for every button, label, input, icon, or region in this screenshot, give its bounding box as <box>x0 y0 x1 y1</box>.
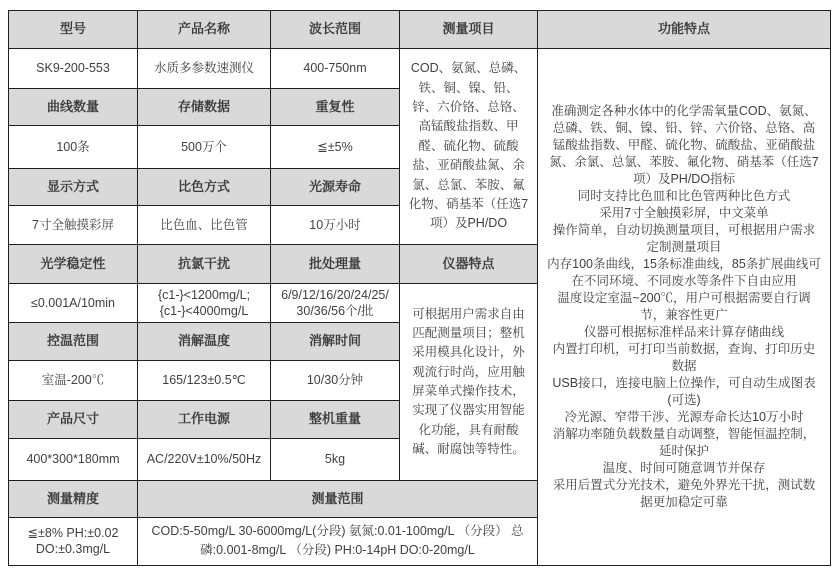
dimensions-value: 400*300*180mm <box>9 439 138 481</box>
table-row: SK9-200-553 水质多参数速测仪 400-750nm COD、氨氮、总磷… <box>9 49 831 89</box>
colorimetric-mode-value: 比色血、比色管 <box>138 206 271 245</box>
chlorine-interference-value: {c1-}<1200mg/L; {c1-}<4000mg/L <box>138 284 271 323</box>
storage-label: 存储数据 <box>138 89 271 126</box>
power-supply-value: AC/220V±10%/50Hz <box>138 439 271 481</box>
digestion-temp-label: 消解温度 <box>138 323 271 361</box>
chlorine-interference-label: 抗氯干扰 <box>138 245 271 284</box>
accuracy-value: ≦±8% PH:±0.02 DO:±0.3mg/L <box>9 518 138 566</box>
digestion-time-value: 10/30分钟 <box>271 361 400 401</box>
repeatability-value: ≦±5% <box>271 126 400 169</box>
feature-line: 温度、时间可随意调节并保存 <box>547 460 821 477</box>
weight-label: 整机重量 <box>271 401 400 439</box>
weight-value: 5kg <box>271 439 400 481</box>
instrument-features-header: 仪器特点 <box>400 245 538 284</box>
col-header-model: 型号 <box>9 11 138 49</box>
feature-line: 同时支持比色皿和比色管两种比色方式 <box>547 188 821 205</box>
lamp-life-label: 光源寿命 <box>271 169 400 206</box>
col-header-product-name: 产品名称 <box>138 11 271 49</box>
feature-line: 采用7寸全触摸彩屏，中文菜单 <box>547 205 821 222</box>
feature-line: 采用后置式分光技术，避免外界光干扰，测试数据更加稳定可靠 <box>547 477 821 511</box>
curve-count-value: 100条 <box>9 126 138 169</box>
feature-line: 温度设定室温~200℃，用户可根据需要自行调节，兼容性更广 <box>547 290 821 324</box>
accuracy-header: 测量精度 <box>9 481 138 518</box>
batch-capacity-value: 6/9/12/16/20/24/25/ 30/36/56个/批 <box>271 284 400 323</box>
temp-control-label: 控温范围 <box>9 323 138 361</box>
optical-stability-value: ≤0.001A/10min <box>9 284 138 323</box>
dimensions-label: 产品尺寸 <box>9 401 138 439</box>
feature-line: 冷光源、窄带干涉、光源寿命长达10万小时 <box>547 409 821 426</box>
feature-line: 操作简单，自动切换测量项目，可根据用户需求定制测量项目 <box>547 222 821 256</box>
display-mode-value: 7寸全触摸彩屏 <box>9 206 138 245</box>
power-supply-label: 工作电源 <box>138 401 271 439</box>
feature-line: 消解功率随负载数量自动调整，智能恒温控制，延时保护 <box>547 426 821 460</box>
product-name-value: 水质多参数速测仪 <box>138 49 271 89</box>
storage-value: 500万个 <box>138 126 271 169</box>
repeatability-label: 重复性 <box>271 89 400 126</box>
feature-line: 内存100条曲线，15条标准曲线，85条扩展曲线可在不同环境、不同废水等条件下自… <box>547 256 821 290</box>
curve-count-label: 曲线数量 <box>9 89 138 126</box>
range-value: COD:5-50mg/L 30-6000mg/L(分段) 氨氮:0.01-100… <box>138 518 538 566</box>
header-row: 型号 产品名称 波长范围 测量项目 功能特点 <box>9 11 831 49</box>
digestion-time-label: 消解时间 <box>271 323 400 361</box>
lamp-life-value: 10万小时 <box>271 206 400 245</box>
spec-table: 型号 产品名称 波长范围 测量项目 功能特点 SK9-200-553 水质多参数… <box>8 10 831 566</box>
model-value: SK9-200-553 <box>9 49 138 89</box>
feature-line: 仪器可根据标准样品来计算存储曲线 <box>547 324 821 341</box>
col-header-measure-items: 测量项目 <box>400 11 538 49</box>
measure-items-cell: COD、氨氮、总磷、铁、铜、镍、铅、锌、六价铬、总铬、高锰酸盐指数、甲醛、硫化物… <box>400 49 538 245</box>
feature-line: 内置打印机，可打印当前数据，查询、打印历史数据 <box>547 341 821 375</box>
features-cell: 准确测定各种水体中的化学需氧量COD、氨氮、总磷、铁、铜、镍、铅、锌、六价铬、总… <box>538 49 831 566</box>
col-header-wavelength: 波长范围 <box>271 11 400 49</box>
optical-stability-label: 光学稳定性 <box>9 245 138 284</box>
feature-line: 准确测定各种水体中的化学需氧量COD、氨氮、总磷、铁、铜、镍、铅、锌、六价铬、总… <box>547 103 821 188</box>
temp-control-value: 室温-200℃ <box>9 361 138 401</box>
col-header-features: 功能特点 <box>538 11 831 49</box>
colorimetric-mode-label: 比色方式 <box>138 169 271 206</box>
instrument-features-cell: 可根据用户需求自由匹配测量项目；整机采用模具化设计，外观流行时尚，应用触屏菜单式… <box>400 284 538 481</box>
range-header: 测量范围 <box>138 481 538 518</box>
wavelength-value: 400-750nm <box>271 49 400 89</box>
digestion-temp-value: 165/123±0.5℃ <box>138 361 271 401</box>
batch-capacity-label: 批处理量 <box>271 245 400 284</box>
feature-line: USB接口，连接电脑上位操作，可自动生成图表(可选) <box>547 375 821 409</box>
display-mode-label: 显示方式 <box>9 169 138 206</box>
